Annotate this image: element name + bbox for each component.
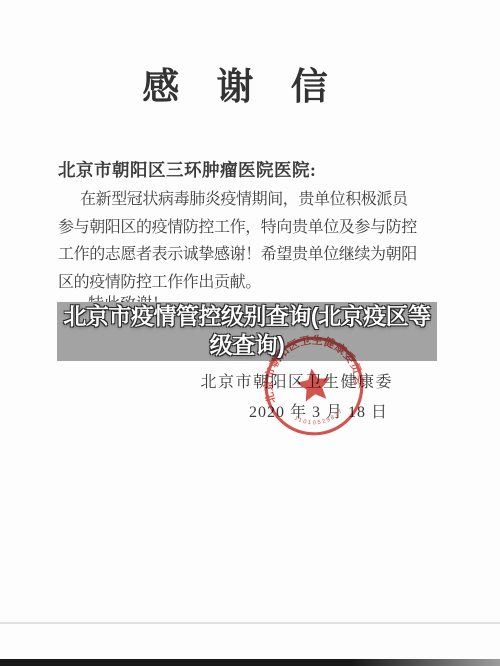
letter-photo: 感 谢 信 北京市朝阳区三环肿瘤医院医院: 在新型冠状病毒肺炎疫情期间，贵单位积… bbox=[0, 0, 500, 666]
body-line: 工作的志愿者表示诚挚感谢！希望贵单位继续为朝阳 bbox=[58, 241, 423, 269]
recipient-line: 北京市朝阳区三环肿瘤医院医院: bbox=[58, 157, 316, 182]
body-line: 在新型冠状病毒肺炎疫情期间，贵单位积极派员 bbox=[58, 186, 423, 214]
letter-title: 感 谢 信 bbox=[58, 56, 418, 110]
seal-star-icon bbox=[295, 366, 333, 402]
body-line: 参与朝阳区的疫情防控工作，特向贵单位及参与防控 bbox=[58, 214, 423, 242]
paper-bottom-edge bbox=[0, 622, 500, 624]
caption-line-1: 北京市疫情管控级别查询(北京疫区等 bbox=[63, 302, 430, 331]
letter-body: 在新型冠状病毒肺炎疫情期间，贵单位积极派员 参与朝阳区的疫情防控工作，特向贵单位… bbox=[58, 186, 423, 296]
photo-bottom-bar bbox=[0, 659, 500, 666]
caption-text: 北京市疫情管控级别查询(北京疫区等 级查询) bbox=[57, 302, 437, 364]
caption-line-2: 级查询) bbox=[210, 331, 285, 360]
